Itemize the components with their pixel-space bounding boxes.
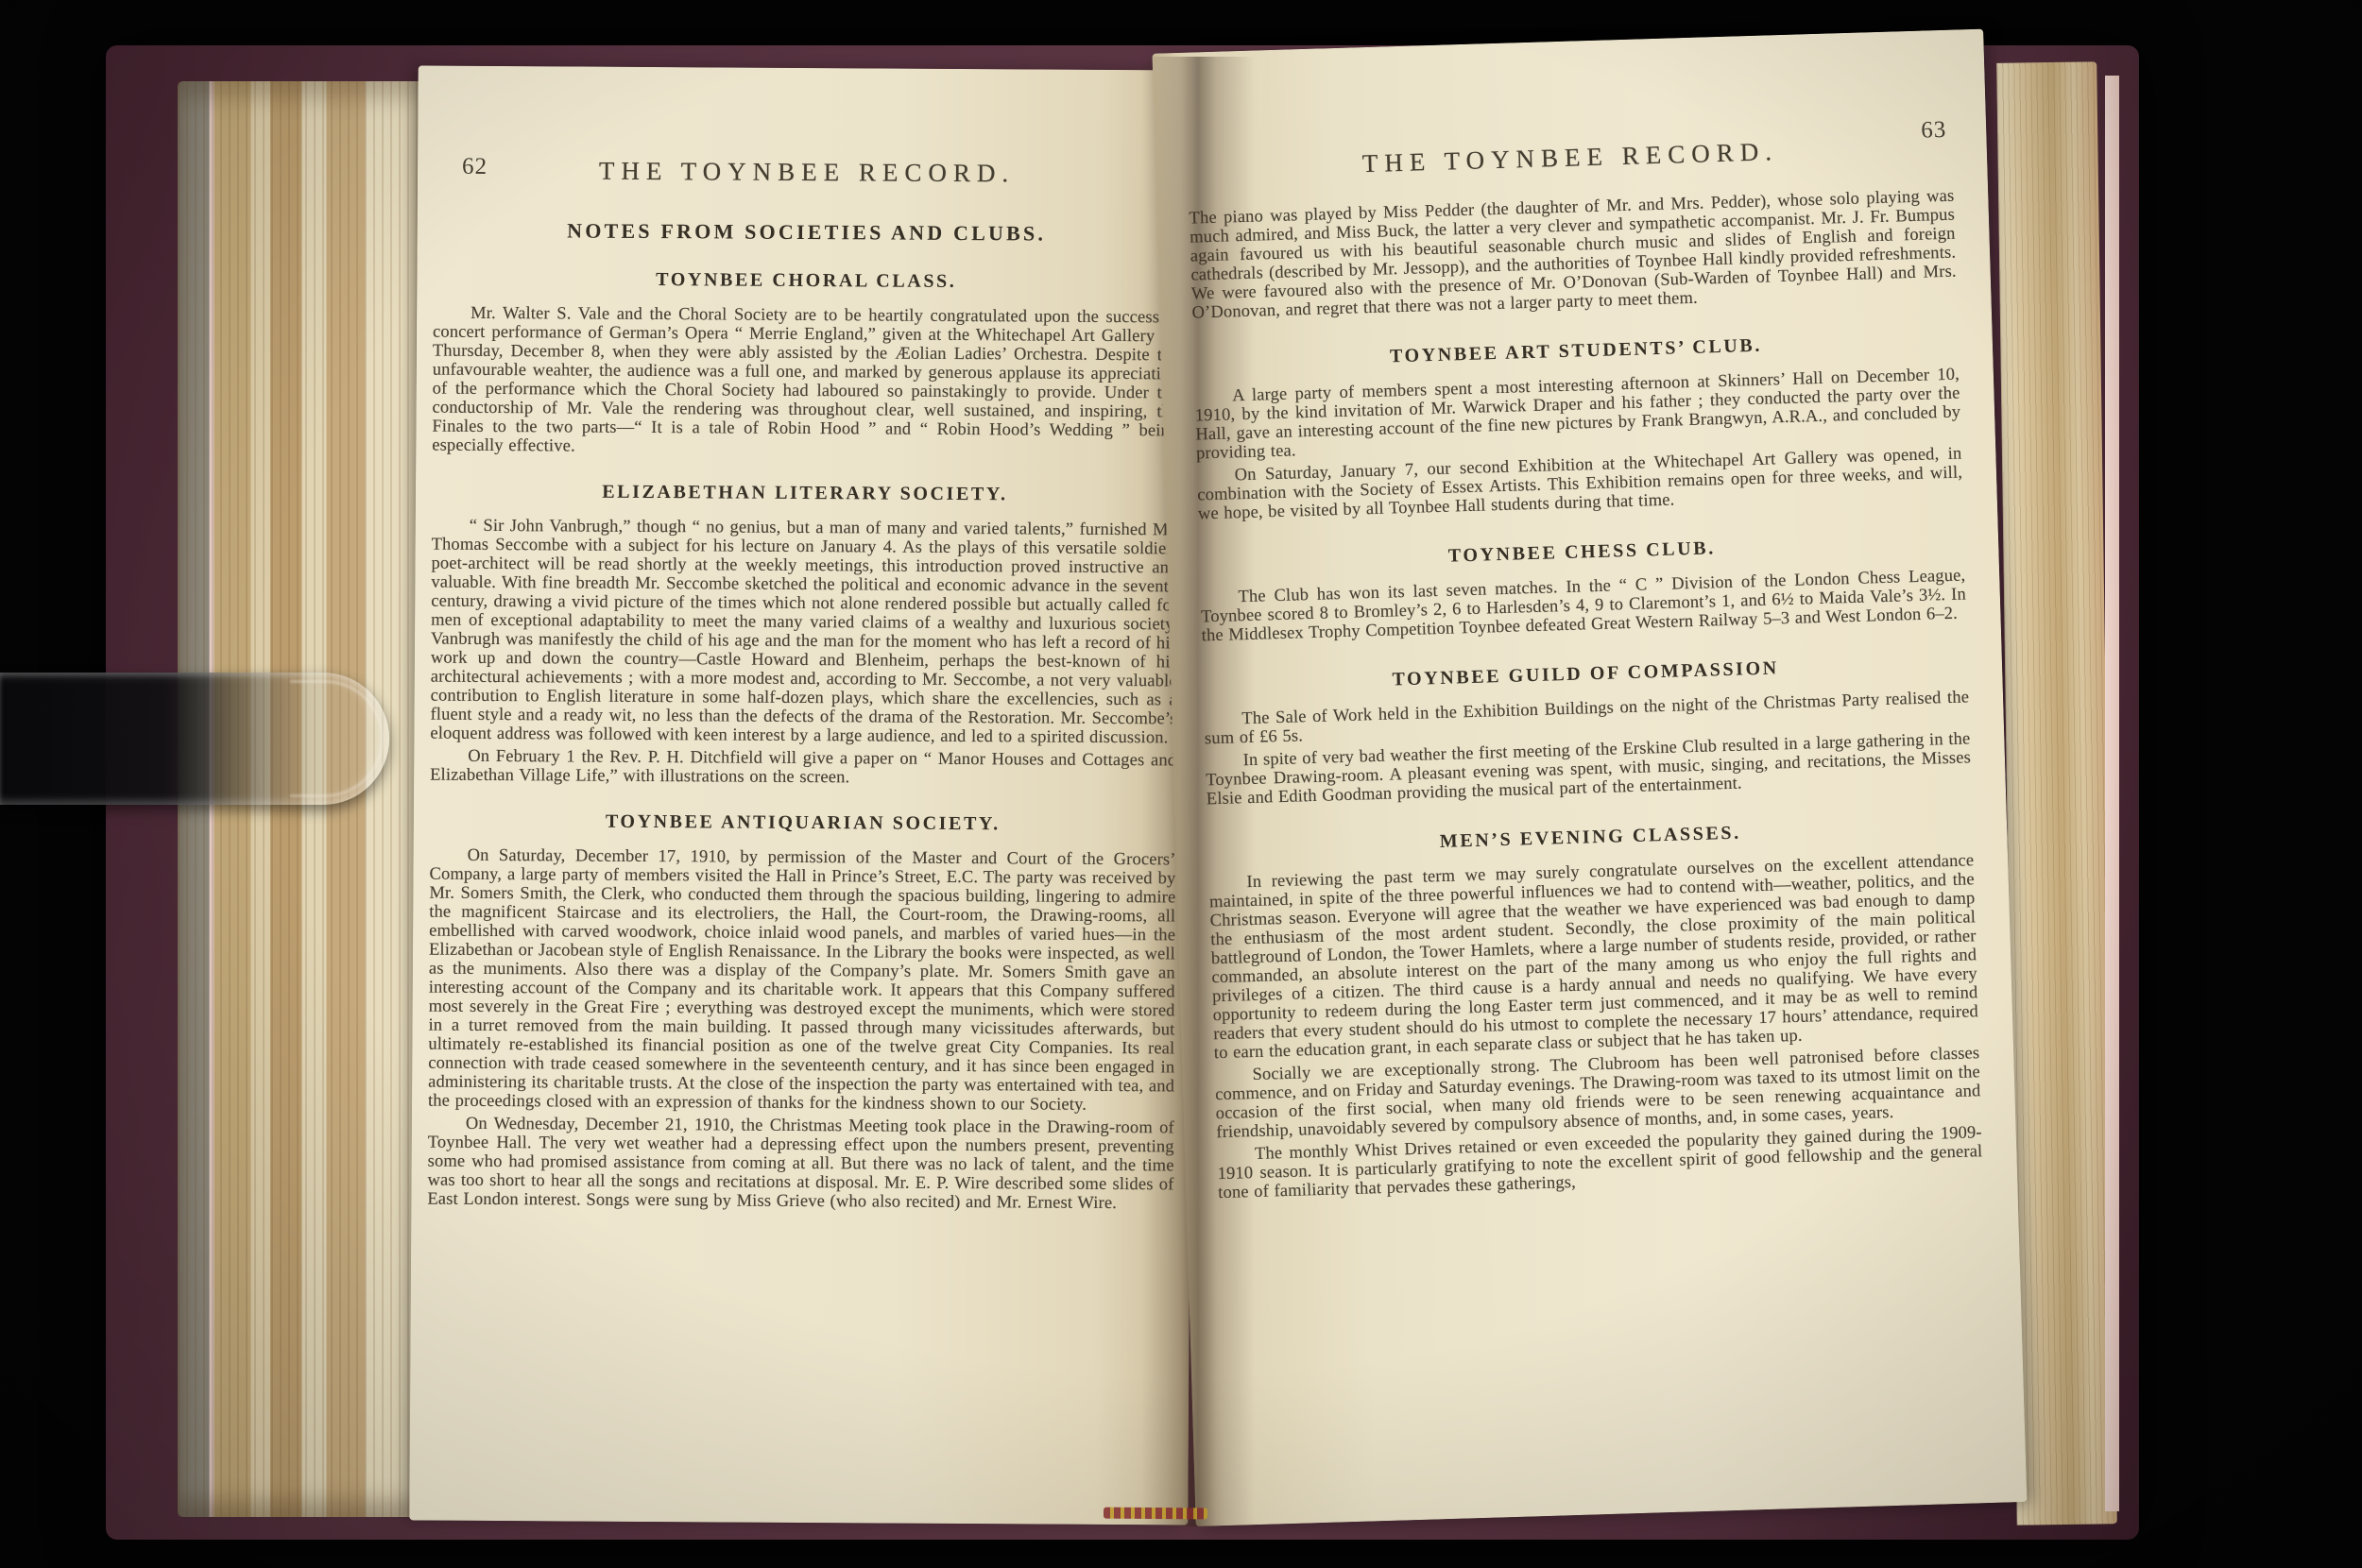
section-heading-elizabethan-literary: ELIZABETHAN LITERARY SOCIETY. — [432, 481, 1178, 507]
paragraph-evening-classes-1: In reviewing the past term we may surely… — [1208, 851, 1979, 1063]
section-heading-guild-of-compassion: TOYNBEE GUILD OF COMPASSION — [1203, 652, 1968, 696]
paragraph-continuation: The piano was played by Miss Pedder (the… — [1189, 187, 1957, 323]
section-heading-mens-evening-classes: MEN’S EVENING CLASSES. — [1207, 815, 1973, 860]
paragraph-choral-1: Mr. Walter S. Vale and the Choral Societ… — [432, 304, 1179, 460]
gutter-shadow — [1141, 57, 1255, 1526]
paragraph-elizabethan-1: “ Sir John Vanbrugh,” though “ no genius… — [430, 517, 1177, 748]
section-heading-chess-club: TOYNBEE CHESS CLUB. — [1199, 530, 1964, 574]
left-page-content: 62 THE TOYNBEE RECORD. NOTES FROM SOCIET… — [409, 65, 1196, 1525]
paragraph-antiquarian-2: On Wednesday, December 21, 1910, the Chr… — [427, 1115, 1174, 1214]
section-heading-antiquarian: TOYNBEE ANTIQUARIAN SOCIETY. — [430, 810, 1176, 837]
section-heading-choral-class: TOYNBEE CHORAL CLASS. — [433, 268, 1179, 295]
left-page: 62 THE TOYNBEE RECORD. NOTES FROM SOCIET… — [409, 65, 1196, 1525]
right-page: THE TOYNBEE RECORD. 63 The piano was pla… — [1152, 29, 2027, 1526]
pink-endpaper-edge — [2105, 76, 2119, 1511]
right-page-content: THE TOYNBEE RECORD. 63 The piano was pla… — [1152, 29, 2027, 1526]
glass-page-weight — [0, 673, 389, 805]
right-running-title: THE TOYNBEE RECORD. — [1188, 132, 1954, 184]
paragraph-chess-1: The Club has won its last seven matches.… — [1200, 566, 1966, 645]
section-heading-art-students: TOYNBEE ART STUDENTS’ CLUB. — [1193, 330, 1959, 374]
left-running-title: THE TOYNBEE RECORD. — [434, 156, 1180, 190]
right-page-number: 63 — [1921, 117, 1947, 145]
left-page-number: 62 — [462, 154, 488, 180]
right-page-header: THE TOYNBEE RECORD. 63 — [1188, 132, 1954, 189]
headband — [1104, 1508, 1207, 1520]
main-heading: NOTES FROM SOCIETIES AND CLUBS. — [434, 218, 1180, 247]
paragraph-elizabethan-2: On February 1 the Rev. P. H. Ditchfield … — [430, 747, 1176, 790]
left-page-header: 62 THE TOYNBEE RECORD. — [434, 156, 1180, 195]
paragraph-antiquarian-1: On Saturday, December 17, 1910, by permi… — [428, 846, 1176, 1116]
